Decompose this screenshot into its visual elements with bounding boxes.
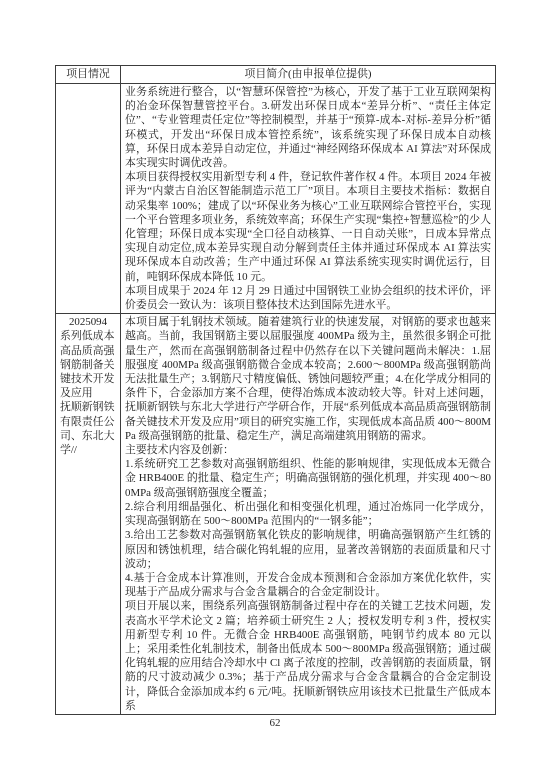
intro-paragraph: 主要技术内容及创新：: [125, 443, 491, 457]
intro-cell: 本项目属于轧钢技术领域。随着建筑行业的快速发展，对钢筋的要求也越来越高。当前，我…: [121, 314, 496, 715]
intro-paragraph: 项目开展以来，围绕系列高强钢筋制备过程中存在的关键工艺技术问题，发表高水平学术论…: [125, 599, 491, 713]
project-cell-empty: [56, 84, 121, 314]
table-row: 业务系统进行整合，以“智慧环保管控”为核心，开发了基于工业互联网架构的冶金环保智…: [56, 84, 496, 314]
project-cell: 2025094 系列低成本高品质高强钢筋制备关键技术开发及应用 抚顺新钢铁有限责…: [56, 314, 121, 715]
document-page: 项目情况 项目简介(由申报单位提供) 业务系统进行整合，以“智慧环保管控”为核心…: [0, 0, 550, 778]
intro-cell: 业务系统进行整合，以“智慧环保管控”为核心，开发了基于工业互联网架构的冶金环保智…: [121, 84, 496, 314]
table-header-row: 项目情况 项目简介(由申报单位提供): [56, 66, 496, 84]
table-row: 2025094 系列低成本高品质高强钢筋制备关键技术开发及应用 抚顺新钢铁有限责…: [56, 314, 496, 715]
project-code: 2025094: [60, 315, 116, 329]
intro-paragraph: 1.系统研究工艺参数对高强钢筋组织、性能的影响规律，实现低成本无微合金 HRB4…: [125, 457, 491, 500]
intro-paragraph: 业务系统进行整合，以“智慧环保管控”为核心，开发了基于工业互联网架构的冶金环保智…: [125, 85, 491, 170]
column-header-project-intro: 项目简介(由申报单位提供): [121, 66, 496, 84]
project-organizations: 抚顺新钢铁有限责任公司、东北大学//: [60, 400, 116, 457]
intro-paragraph: 本项目获得授权实用新型专利 4 件，登记软件著作权 4 件。本项目 2024 年…: [125, 170, 491, 284]
intro-paragraph: 3.给出工艺参数对高强钢筋氧化铁皮的影响规律，明确高强钢筋产生红锈的原因和锈蚀机…: [125, 528, 491, 571]
page-number: 62: [0, 716, 550, 730]
project-title: 系列低成本高品质高强钢筋制备关键技术开发及应用: [60, 329, 116, 400]
intro-paragraph: 本项目成果于 2024 年 12 月 29 日通过中国钢铁工业协会组织的技术评价…: [125, 284, 491, 312]
intro-paragraph: 2.综合利用细晶强化、析出强化和相变强化机理，通过冶炼同一化学成分，实现高强钢筋…: [125, 500, 491, 528]
project-table: 项目情况 项目简介(由申报单位提供) 业务系统进行整合，以“智慧环保管控”为核心…: [55, 65, 496, 715]
column-header-project-status: 项目情况: [56, 66, 121, 84]
intro-paragraph: 本项目属于轧钢技术领域。随着建筑行业的快速发展，对钢筋的要求也越来越高。当前，我…: [125, 315, 491, 443]
intro-paragraph: 4.基于合金成本计算准则，开发合金成本预测和合金添加方案优化软件，实现基于产品成…: [125, 571, 491, 599]
